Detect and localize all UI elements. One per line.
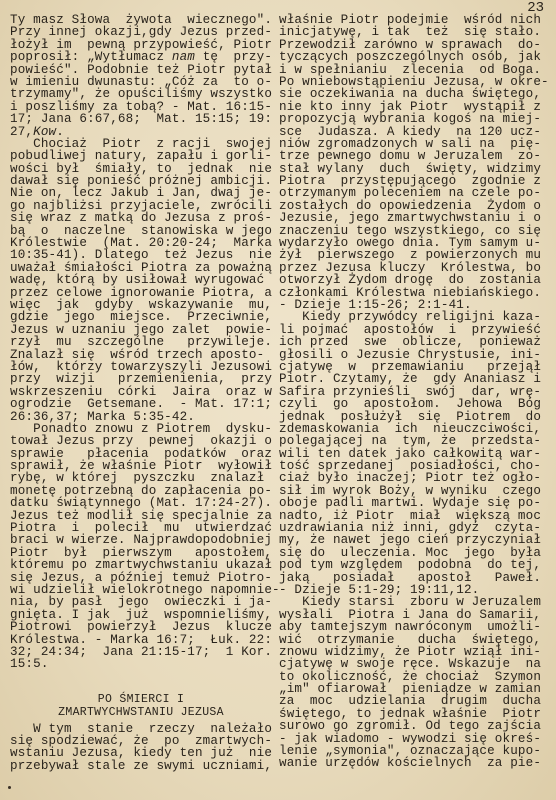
text-line: Piotrowi powierzył Jezus klucze bbox=[10, 621, 272, 633]
text-line: 15:5. bbox=[10, 658, 272, 670]
text-line: propozycją wybrania kogoś na miej- bbox=[279, 113, 547, 125]
left-column: Ty masz Słowa żywota wiecznego".Przy inn… bbox=[10, 14, 272, 772]
text-line: poprosił: „Wytłumacz nam tę przy- bbox=[10, 51, 272, 63]
text-line: przy wizji przemienienia, przy bbox=[10, 373, 272, 385]
text-line: pod tym względem podobna do tej, bbox=[279, 559, 547, 571]
paragraph-peter-privileges: Ponadto znowu z Piotrem dysku-tował Jezu… bbox=[10, 423, 272, 671]
text-line: datku świątynnego (Mat. 17:24-27). bbox=[10, 497, 272, 509]
paragraph-religious-leaders: Kiedy przywódcy religijni kaza-li pojmać… bbox=[279, 311, 547, 596]
document-page: 23 Ty masz Słowa żywota wiecznego".Przy … bbox=[0, 0, 556, 800]
text-line: wanie urzędów kościelnych za pie- bbox=[279, 757, 547, 769]
text-line: rzył mu szczególne przywileje. bbox=[10, 336, 272, 348]
text-line: nia, by pasł jego owieczki i ja- bbox=[10, 596, 272, 608]
text-line: gdzie jego miejsce. Przeciwnie, bbox=[10, 311, 272, 323]
text-line: tyczących poszczególnych osób, jak bbox=[279, 51, 547, 63]
text-line: inicjatywę, i tak też się stało. bbox=[279, 26, 547, 38]
text-line: rybę, w której pyszczku znalazł bbox=[10, 472, 272, 484]
paragraph-peter-speech: Ty masz Słowa żywota wiecznego".Przy inn… bbox=[10, 14, 272, 138]
text-line: ogrodzie Getsemane. - Mat. 17:1; bbox=[10, 398, 272, 410]
text-line: Przy innej okazji,gdy Jezus przed- bbox=[10, 26, 272, 38]
text-line: Piotr. Czytamy, że gdy Ananiasz i bbox=[279, 373, 547, 385]
text-line: żył pierwszego z powierzonych mu bbox=[279, 249, 547, 261]
text-line: oboje padli martwi. Wydaje się po- bbox=[279, 497, 547, 509]
text-line: 32; 24:34; Jana 21:15-17; 1 Kor. bbox=[10, 646, 272, 658]
text-line: braci w wierze. Najprawdopodobniej bbox=[10, 534, 272, 546]
text-line: otworzył Żydom drogę do zostania bbox=[279, 274, 547, 286]
text-line: Kiedy przywódcy religijni kaza- bbox=[279, 311, 547, 323]
text-line: czyli go apostołom. Jehowa Bóg bbox=[279, 398, 547, 410]
ink-dot bbox=[8, 786, 11, 789]
paragraph-samaria: Kiedy starsi zboru w Jeruzalemwysłali Pi… bbox=[279, 596, 547, 769]
text-line: się wraz z matką do Jezusa z proś- bbox=[10, 212, 272, 224]
section-heading-line-1: PO ŚMIERCI I bbox=[10, 693, 272, 706]
text-line: otrzymanym poleceniem na czele po- bbox=[279, 187, 547, 199]
text-line: Kiedy starsi zboru w Jeruzalem bbox=[279, 596, 547, 608]
text-line: my, że nawet jego cień przyczyniał bbox=[279, 534, 547, 546]
text-line: ciaż było inaczej; Piotr też ogło- bbox=[279, 472, 547, 484]
text-line: wadę, którą by usiłował wyrugować bbox=[10, 274, 272, 286]
paragraph-after-resurrection: W tym stanie rzeczy należałosię spodziew… bbox=[10, 723, 272, 773]
text-line: sie oczekiwania na ducha świętego, bbox=[279, 88, 547, 100]
text-line: pobudliwej natury, zapału i gorli- bbox=[10, 150, 272, 162]
right-column: właśnie Piotr podejmie wśród nichinicjat… bbox=[279, 14, 547, 770]
text-line: surowo go zgromił. Od tego zajścia bbox=[279, 720, 547, 732]
text-line: 10:35-41). Dlatego też Jezus nie bbox=[10, 249, 272, 261]
text-line: Nie on, lecz Jakub i Jan, dwaj je- bbox=[10, 187, 272, 199]
section-heading-line-2: ZMARTWYCHWSTANIU JEZUSA bbox=[10, 706, 272, 719]
text-line: aby tamtejszym nawróconym umożli- bbox=[279, 621, 547, 633]
text-line: ich przed swe oblicze, ponieważ bbox=[279, 336, 547, 348]
text-line: przebywał stale ze swymi uczniami, bbox=[10, 760, 272, 772]
paragraph-peter-initiative: właśnie Piotr podejmie wśród nichinicjat… bbox=[279, 14, 547, 311]
text-line: trzymamy", że opuściliśmy wszystko bbox=[10, 88, 272, 100]
section-heading: PO ŚMIERCI I ZMARTWYCHWSTANIU JEZUSA bbox=[10, 693, 272, 719]
text-line: polegającej na tym, że przedsta- bbox=[279, 435, 547, 447]
text-line: Jezusie, jego zmartwychwstaniu i o bbox=[279, 212, 547, 224]
text-line: trze pewnego domu w Jeruzalem zo- bbox=[279, 150, 547, 162]
text-line: tował Jezus przy pewnej okazji o bbox=[10, 435, 272, 447]
text-line: któremu po zmartwychwstaniu ukazał bbox=[10, 559, 272, 571]
paragraph-peter-ambition: Chociaż Piotr z racji swojejpobudliwej n… bbox=[10, 138, 272, 423]
text-line: cjatywę w swoje ręce. Wskazuje na bbox=[279, 658, 547, 670]
